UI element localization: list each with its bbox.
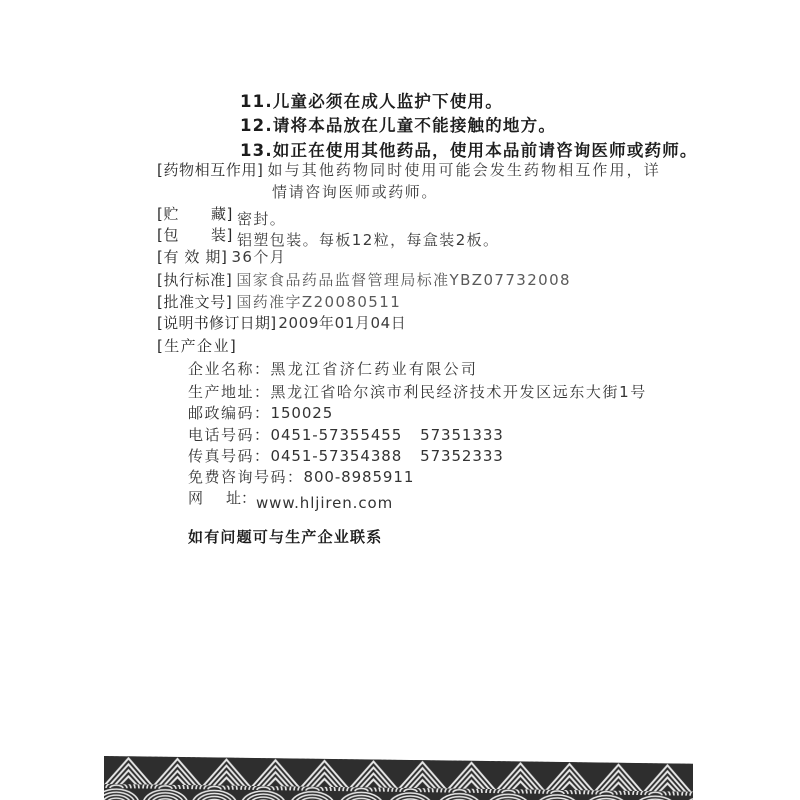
contact-address: 生产地址：黑龙江省哈尔滨市利民经济技术开发区远东大街1号	[188, 382, 647, 402]
field-label: [生产企业]	[157, 337, 237, 355]
warning-12: 12.请将本品放在儿童不能接触的地方。	[240, 116, 556, 136]
contact-label: 电话号码：	[188, 426, 271, 444]
contact-label: 企业名称：	[188, 360, 271, 378]
warning-11: 11.儿童必须在成人监护下使用。	[240, 92, 503, 112]
field-value: 36个月	[231, 248, 286, 266]
contact-label: 网址：	[188, 488, 256, 508]
footer-note: 如有问题可与生产企业联系	[188, 526, 382, 547]
contact-fax: 传真号码：0451-5735438857352333	[188, 446, 504, 466]
field-approval: [批准文号]国药准字Z20080511	[157, 292, 401, 312]
field-label: [说明书修订日期]	[157, 314, 276, 332]
contact-value: 150025	[271, 404, 334, 422]
contact-label: 邮政编码：	[188, 404, 271, 422]
contact-value: 0451-57354388	[271, 447, 403, 465]
field-standard: [执行标准]国家食品药品监督管理局标准YBZ07732008	[157, 270, 571, 290]
field-value: 2009年01月04日	[278, 314, 406, 332]
field-label: [药物相互作用]	[157, 161, 264, 179]
field-value: 如与其他药物同时使用可能会发生药物相互作用，详	[268, 161, 661, 179]
field-label: [批准文号]	[157, 293, 232, 311]
contact-value-secondary: 57352333	[420, 447, 504, 465]
website-link: www.hljiren.com	[256, 494, 393, 512]
contact-company: 企业名称：黑龙江省济仁药业有限公司	[188, 359, 478, 379]
decorative-wave-band	[104, 756, 693, 800]
field-label: [有 效 期]	[157, 248, 227, 266]
field-value: 国家食品药品监督管理局标准YBZ07732008	[236, 271, 571, 289]
field-revision-date: [说明书修订日期]2009年01月04日	[157, 313, 406, 333]
contact-label: 免费咨询号码：	[188, 468, 304, 486]
field-label: [包装]	[157, 225, 233, 245]
field-interaction: [药物相互作用]如与其他药物同时使用可能会发生药物相互作用，详	[157, 160, 661, 180]
wave-pattern-icon	[104, 756, 693, 800]
warning-13: 13.如正在使用其他药品，使用本品前请咨询医师或药师。	[240, 141, 698, 161]
contact-postcode: 邮政编码：150025	[188, 403, 333, 423]
field-interaction-continued: 情请咨询医师或药师。	[272, 182, 438, 202]
field-label: [贮藏]	[157, 204, 233, 224]
contact-label: 传真号码：	[188, 447, 271, 465]
contact-hotline: 免费咨询号码：800-8985911	[188, 467, 414, 487]
leaflet-page: 11.儿童必须在成人监护下使用。 12.请将本品放在儿童不能接触的地方。 13.…	[0, 0, 800, 800]
contact-value-secondary: 57351333	[420, 426, 504, 444]
contact-website: 网址：www.hljiren.com	[188, 488, 393, 513]
field-label: [执行标准]	[157, 271, 232, 289]
contact-value: 黑龙江省济仁药业有限公司	[271, 360, 479, 378]
contact-label: 生产地址：	[188, 383, 271, 401]
contact-value: 黑龙江省哈尔滨市利民经济技术开发区远东大街1号	[271, 383, 647, 401]
field-manufacturer: [生产企业]	[157, 336, 237, 356]
field-value: 国药准字Z20080511	[236, 293, 401, 311]
contact-value: 800-8985911	[304, 468, 415, 486]
contact-value: 0451-57355455	[271, 426, 403, 444]
contact-phone: 电话号码：0451-5735545557351333	[188, 425, 504, 445]
field-validity: [有 效 期]36个月	[157, 247, 286, 267]
